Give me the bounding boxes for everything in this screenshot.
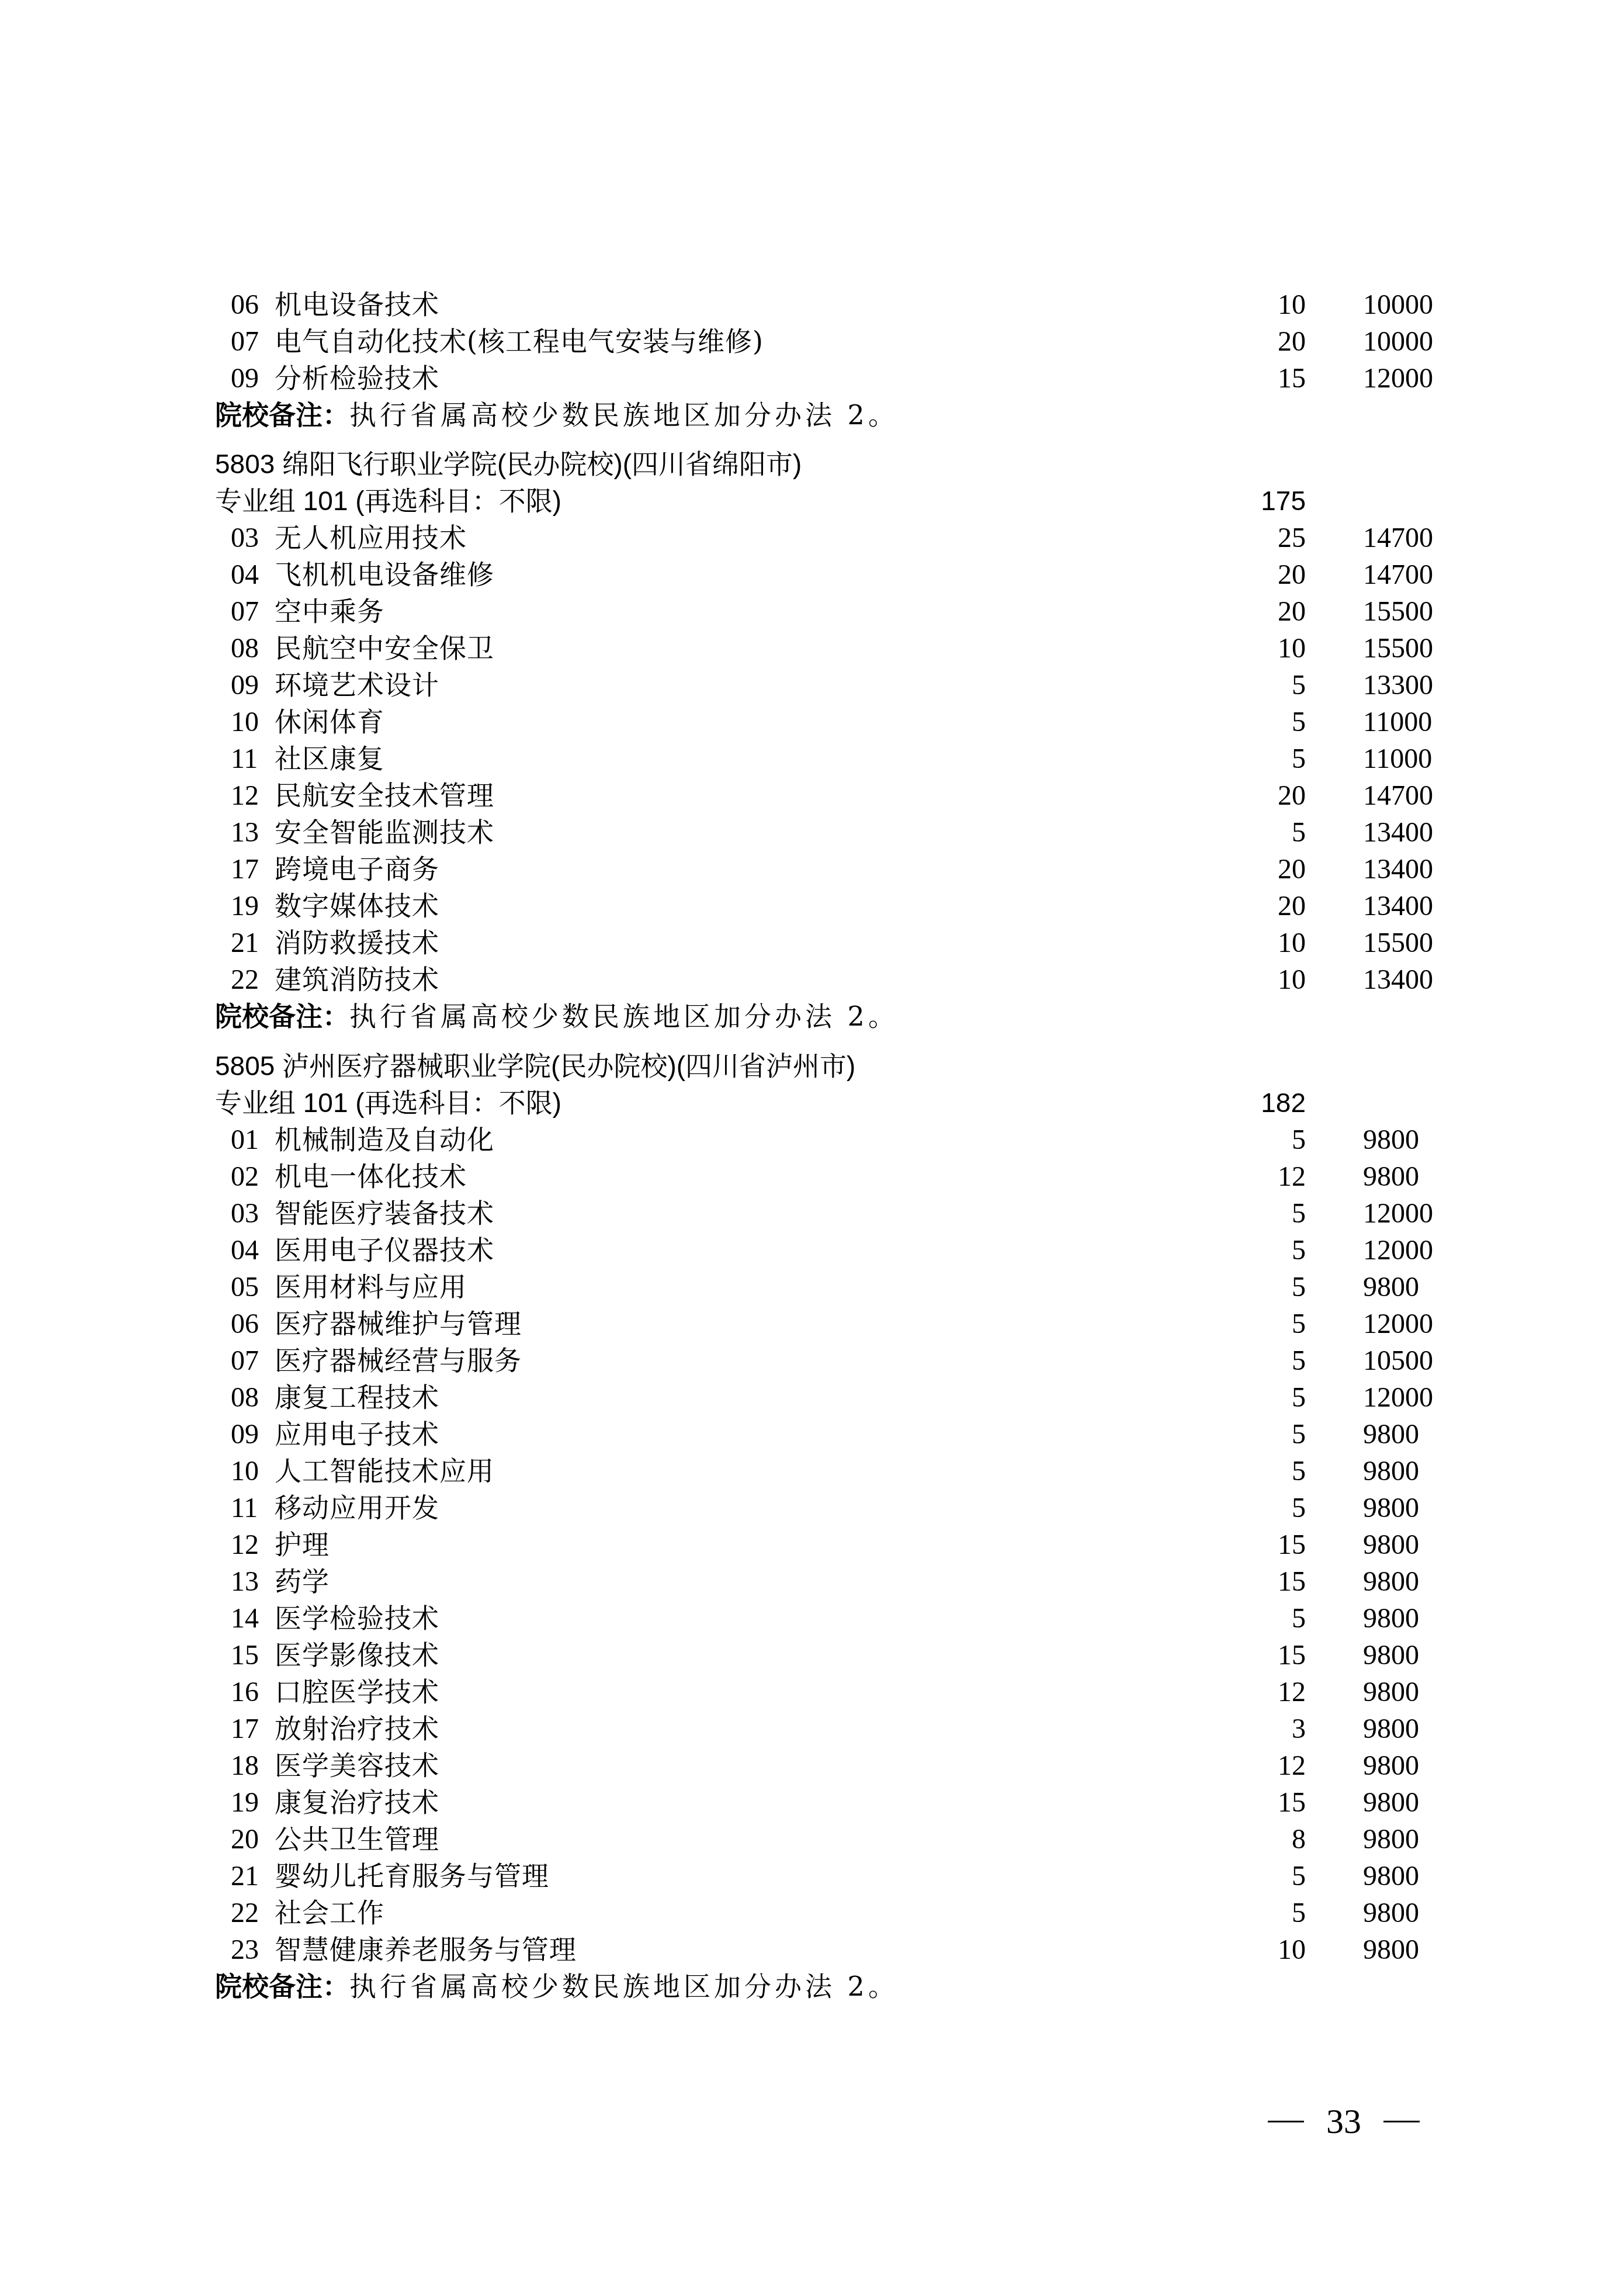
major-row: 04医用电子仪器技术512000 (0, 1232, 1623, 1269)
major-code: 10 (231, 704, 259, 740)
tuition-fee: 15500 (1363, 593, 1433, 630)
major-name: 人工智能技术应用 (275, 1453, 494, 1490)
major-row: 08民航空中安全保卫1015500 (0, 630, 1623, 667)
major-name: 机电一体化技术 (275, 1158, 467, 1195)
group-plan-total: 182 (1261, 1085, 1306, 1121)
plan-count: 5 (1292, 814, 1306, 851)
major-code: 12 (231, 777, 259, 814)
major-code: 16 (231, 1674, 259, 1710)
major-name: 护理 (275, 1526, 330, 1563)
plan-count: 12 (1278, 1747, 1306, 1784)
major-name: 应用电子技术 (275, 1416, 439, 1453)
plan-count: 20 (1278, 888, 1306, 924)
plan-count: 15 (1278, 1563, 1306, 1600)
tuition-fee: 15500 (1363, 924, 1433, 961)
major-code: 07 (231, 1342, 259, 1379)
major-name: 环境艺术设计 (275, 667, 439, 704)
remark-text: 执行省属高校少数民族地区加分办法 2。 (349, 1000, 899, 1032)
tuition-fee: 9800 (1363, 1637, 1419, 1674)
tuition-fee: 9800 (1363, 1453, 1419, 1490)
major-code: 09 (231, 360, 259, 397)
major-code: 23 (231, 1931, 259, 1968)
tuition-fee: 10000 (1363, 323, 1433, 360)
tuition-fee: 14700 (1363, 556, 1433, 593)
major-code: 17 (231, 1710, 259, 1747)
tuition-fee: 9800 (1363, 1490, 1419, 1526)
major-name: 康复治疗技术 (275, 1784, 439, 1821)
major-code: 14 (231, 1600, 259, 1637)
tuition-fee: 9800 (1363, 1895, 1419, 1931)
tuition-fee: 9800 (1363, 1563, 1419, 1600)
plan-count: 5 (1292, 1858, 1306, 1895)
tuition-fee: 12000 (1363, 1379, 1433, 1416)
tuition-fee: 9800 (1363, 1600, 1419, 1637)
major-name: 空中乘务 (275, 593, 384, 630)
major-code: 17 (231, 851, 259, 888)
major-code: 06 (231, 1305, 259, 1342)
tuition-fee: 13400 (1363, 851, 1433, 888)
plan-count: 5 (1292, 704, 1306, 740)
major-code: 11 (231, 740, 258, 777)
major-code: 18 (231, 1747, 259, 1784)
plan-count: 20 (1278, 593, 1306, 630)
remark-text: 执行省属高校少数民族地区加分办法 2。 (349, 399, 899, 431)
tuition-fee: 9800 (1363, 1269, 1419, 1305)
remark-label: 院校备注： (215, 1971, 349, 2001)
major-row: 07空中乘务2015500 (0, 593, 1623, 630)
plan-count: 5 (1292, 1232, 1306, 1269)
major-name: 数字媒体技术 (275, 888, 439, 924)
major-row: 21消防救援技术1015500 (0, 924, 1623, 961)
major-row: 19康复治疗技术159800 (0, 1784, 1623, 1821)
major-name: 社区康复 (275, 740, 384, 777)
major-row: 22建筑消防技术1013400 (0, 961, 1623, 998)
major-code: 13 (231, 1563, 259, 1600)
tuition-fee: 12000 (1363, 360, 1433, 397)
major-code: 01 (231, 1121, 259, 1158)
major-row: 02机电一体化技术129800 (0, 1158, 1623, 1195)
major-row: 11移动应用开发59800 (0, 1490, 1623, 1526)
tuition-fee: 9800 (1363, 1526, 1419, 1563)
major-code: 09 (231, 1416, 259, 1453)
major-name: 无人机应用技术 (275, 520, 467, 556)
group-plan-total: 175 (1261, 483, 1306, 520)
page-number: 33 (1326, 2101, 1361, 2142)
major-name: 智慧健康养老服务与管理 (275, 1931, 577, 1968)
major-row: 04飞机机电设备维修2014700 (0, 556, 1623, 593)
remark-text: 执行省属高校少数民族地区加分办法 2。 (349, 1971, 899, 2002)
major-name: 休闲体育 (275, 704, 384, 740)
major-code: 21 (231, 924, 259, 961)
major-code: 05 (231, 1269, 259, 1305)
major-group-header: 专业组 101 (再选科目：不限) 182 (0, 1085, 1623, 1121)
tuition-fee: 9800 (1363, 1784, 1419, 1821)
tuition-fee: 9800 (1363, 1710, 1419, 1747)
major-code: 03 (231, 1195, 259, 1232)
major-code: 06 (231, 286, 259, 323)
major-row: 18医学美容技术129800 (0, 1747, 1623, 1784)
major-name: 康复工程技术 (275, 1379, 439, 1416)
major-code: 08 (231, 630, 259, 667)
tuition-fee: 13400 (1363, 961, 1433, 998)
major-name: 药学 (275, 1563, 330, 1600)
school-remark: 院校备注：执行省属高校少数民族地区加分办法 2。 (0, 397, 1623, 434)
major-row: 16口腔医学技术129800 (0, 1674, 1623, 1710)
plan-count: 5 (1292, 1416, 1306, 1453)
plan-count: 10 (1278, 286, 1306, 323)
plan-count: 20 (1278, 323, 1306, 360)
major-row: 17放射治疗技术39800 (0, 1710, 1623, 1747)
major-name: 智能医疗装备技术 (275, 1195, 494, 1232)
plan-count: 5 (1292, 740, 1306, 777)
major-name: 社会工作 (275, 1895, 384, 1931)
major-row: 12护理159800 (0, 1526, 1623, 1563)
plan-count: 15 (1278, 360, 1306, 397)
major-name: 建筑消防技术 (275, 961, 439, 998)
major-name: 民航安全技术管理 (275, 777, 494, 814)
tuition-fee: 12000 (1363, 1232, 1433, 1269)
plan-count: 12 (1278, 1158, 1306, 1195)
major-name: 民航空中安全保卫 (275, 630, 494, 667)
plan-count: 5 (1292, 1895, 1306, 1931)
school-title: 5803 绵阳飞行职业学院(民办院校)(四川省绵阳市) (215, 446, 802, 483)
major-code: 22 (231, 1895, 259, 1931)
tuition-fee: 10000 (1363, 286, 1433, 323)
major-name: 飞机机电设备维修 (275, 556, 494, 593)
major-name: 机电设备技术 (275, 286, 439, 323)
plan-count: 5 (1292, 1269, 1306, 1305)
major-code: 08 (231, 1379, 259, 1416)
plan-count: 10 (1278, 630, 1306, 667)
major-code: 04 (231, 1232, 259, 1269)
major-row: 14医学检验技术59800 (0, 1600, 1623, 1637)
plan-count: 15 (1278, 1526, 1306, 1563)
major-row: 23智慧健康养老服务与管理109800 (0, 1931, 1623, 1968)
major-row: 15医学影像技术159800 (0, 1637, 1623, 1674)
plan-count: 12 (1278, 1674, 1306, 1710)
tuition-fee: 9800 (1363, 1931, 1419, 1968)
plan-count: 20 (1278, 556, 1306, 593)
major-row: 05医用材料与应用59800 (0, 1269, 1623, 1305)
major-code: 09 (231, 667, 259, 704)
plan-count: 5 (1292, 667, 1306, 704)
tuition-fee: 13400 (1363, 814, 1433, 851)
tuition-fee: 14700 (1363, 777, 1433, 814)
major-row: 21婴幼儿托育服务与管理59800 (0, 1858, 1623, 1895)
school-header: 5803 绵阳飞行职业学院(民办院校)(四川省绵阳市) (0, 446, 1623, 483)
major-code: 12 (231, 1526, 259, 1563)
remark-label: 院校备注： (215, 1001, 349, 1031)
major-row: 09应用电子技术59800 (0, 1416, 1623, 1453)
major-code: 02 (231, 1158, 259, 1195)
major-code: 19 (231, 1784, 259, 1821)
major-name: 分析检验技术 (275, 360, 439, 397)
major-row: 10休闲体育511000 (0, 704, 1623, 740)
plan-count: 5 (1292, 1379, 1306, 1416)
plan-count: 10 (1278, 924, 1306, 961)
plan-count: 20 (1278, 777, 1306, 814)
tuition-fee: 10500 (1363, 1342, 1433, 1379)
tuition-fee: 9800 (1363, 1416, 1419, 1453)
major-row: 20公共卫生管理89800 (0, 1821, 1623, 1858)
major-code: 07 (231, 593, 259, 630)
major-code: 19 (231, 888, 259, 924)
plan-count: 5 (1292, 1453, 1306, 1490)
major-name: 婴幼儿托育服务与管理 (275, 1858, 549, 1895)
major-row: 13安全智能监测技术513400 (0, 814, 1623, 851)
major-row: 03智能医疗装备技术512000 (0, 1195, 1623, 1232)
major-row: 10人工智能技术应用59800 (0, 1453, 1623, 1490)
plan-count: 20 (1278, 851, 1306, 888)
major-row: 08康复工程技术512000 (0, 1379, 1623, 1416)
page-footer: 33 (1268, 2101, 1420, 2142)
tuition-fee: 9800 (1363, 1158, 1419, 1195)
major-name: 医用材料与应用 (275, 1269, 467, 1305)
tuition-fee: 15500 (1363, 630, 1433, 667)
school-remark: 院校备注：执行省属高校少数民族地区加分办法 2。 (0, 1968, 1623, 2005)
tuition-fee: 9800 (1363, 1121, 1419, 1158)
major-name: 放射治疗技术 (275, 1710, 439, 1747)
remark-label: 院校备注： (215, 400, 349, 430)
plan-count: 5 (1292, 1600, 1306, 1637)
major-name: 医用电子仪器技术 (275, 1232, 494, 1269)
document-page: 06 机电设备技术 10 10000 07 电气自动化技术(核工程电气安装与维修… (0, 0, 1623, 2296)
major-name: 机械制造及自动化 (275, 1121, 494, 1158)
tuition-fee: 9800 (1363, 1747, 1419, 1784)
major-row: 19数字媒体技术2013400 (0, 888, 1623, 924)
tuition-fee: 9800 (1363, 1674, 1419, 1710)
major-row: 07 电气自动化技术(核工程电气安装与维修) 20 10000 (0, 323, 1623, 360)
major-name: 消防救援技术 (275, 924, 439, 961)
tuition-fee: 13300 (1363, 667, 1433, 704)
major-code: 10 (231, 1453, 259, 1490)
major-name: 医学检验技术 (275, 1600, 439, 1637)
major-name: 口腔医学技术 (275, 1674, 439, 1710)
major-code: 11 (231, 1490, 258, 1526)
major-row: 09 分析检验技术 15 12000 (0, 360, 1623, 397)
major-row: 06医疗器械维护与管理512000 (0, 1305, 1623, 1342)
tuition-fee: 11000 (1363, 704, 1432, 740)
major-name: 跨境电子商务 (275, 851, 439, 888)
plan-count: 25 (1278, 520, 1306, 556)
plan-count: 10 (1278, 961, 1306, 998)
tuition-fee: 12000 (1363, 1195, 1433, 1232)
major-code: 20 (231, 1821, 259, 1858)
major-code: 04 (231, 556, 259, 593)
major-row: 22社会工作59800 (0, 1895, 1623, 1931)
major-row: 03无人机应用技术2514700 (0, 520, 1623, 556)
school-header: 5805 泸州医疗器械职业学院(民办院校)(四川省泸州市) (0, 1048, 1623, 1085)
major-row: 06 机电设备技术 10 10000 (0, 286, 1623, 323)
plan-count: 5 (1292, 1195, 1306, 1232)
major-row: 17跨境电子商务2013400 (0, 851, 1623, 888)
tuition-fee: 13400 (1363, 888, 1433, 924)
group-label: 专业组 101 (再选科目：不限) (215, 1085, 561, 1121)
major-code: 07 (231, 323, 259, 360)
major-code: 15 (231, 1637, 259, 1674)
plan-count: 5 (1292, 1490, 1306, 1526)
school-title: 5805 泸州医疗器械职业学院(民办院校)(四川省泸州市) (215, 1048, 855, 1085)
major-code: 22 (231, 961, 259, 998)
major-row: 07医疗器械经营与服务510500 (0, 1342, 1623, 1379)
tuition-fee: 11000 (1363, 740, 1432, 777)
major-code: 13 (231, 814, 259, 851)
group-label: 专业组 101 (再选科目：不限) (215, 483, 561, 520)
plan-count: 5 (1292, 1342, 1306, 1379)
plan-count: 5 (1292, 1121, 1306, 1158)
plan-count: 10 (1278, 1931, 1306, 1968)
major-group-header: 专业组 101 (再选科目：不限) 175 (0, 483, 1623, 520)
major-code: 21 (231, 1858, 259, 1895)
tuition-fee: 12000 (1363, 1305, 1433, 1342)
plan-count: 15 (1278, 1637, 1306, 1674)
major-row: 11社区康复511000 (0, 740, 1623, 777)
major-row: 09环境艺术设计513300 (0, 667, 1623, 704)
dash-right (1383, 2121, 1420, 2122)
major-code: 03 (231, 520, 259, 556)
plan-count: 8 (1292, 1821, 1306, 1858)
major-row: 13药学159800 (0, 1563, 1623, 1600)
plan-count: 15 (1278, 1784, 1306, 1821)
tuition-fee: 9800 (1363, 1858, 1419, 1895)
major-row: 12民航安全技术管理2014700 (0, 777, 1623, 814)
plan-count: 5 (1292, 1305, 1306, 1342)
major-name: 公共卫生管理 (275, 1821, 439, 1858)
tuition-fee: 9800 (1363, 1821, 1419, 1858)
major-name: 医学美容技术 (275, 1747, 439, 1784)
major-row: 01机械制造及自动化59800 (0, 1121, 1623, 1158)
major-name: 医疗器械经营与服务 (275, 1342, 522, 1379)
major-name: 安全智能监测技术 (275, 814, 494, 851)
dash-left (1268, 2121, 1304, 2122)
major-name: 医学影像技术 (275, 1637, 439, 1674)
tuition-fee: 14700 (1363, 520, 1433, 556)
major-name: 电气自动化技术(核工程电气安装与维修) (275, 323, 764, 360)
major-name: 医疗器械维护与管理 (275, 1305, 522, 1342)
plan-count: 3 (1292, 1710, 1306, 1747)
school-remark: 院校备注：执行省属高校少数民族地区加分办法 2。 (0, 998, 1623, 1035)
major-name: 移动应用开发 (275, 1490, 439, 1526)
